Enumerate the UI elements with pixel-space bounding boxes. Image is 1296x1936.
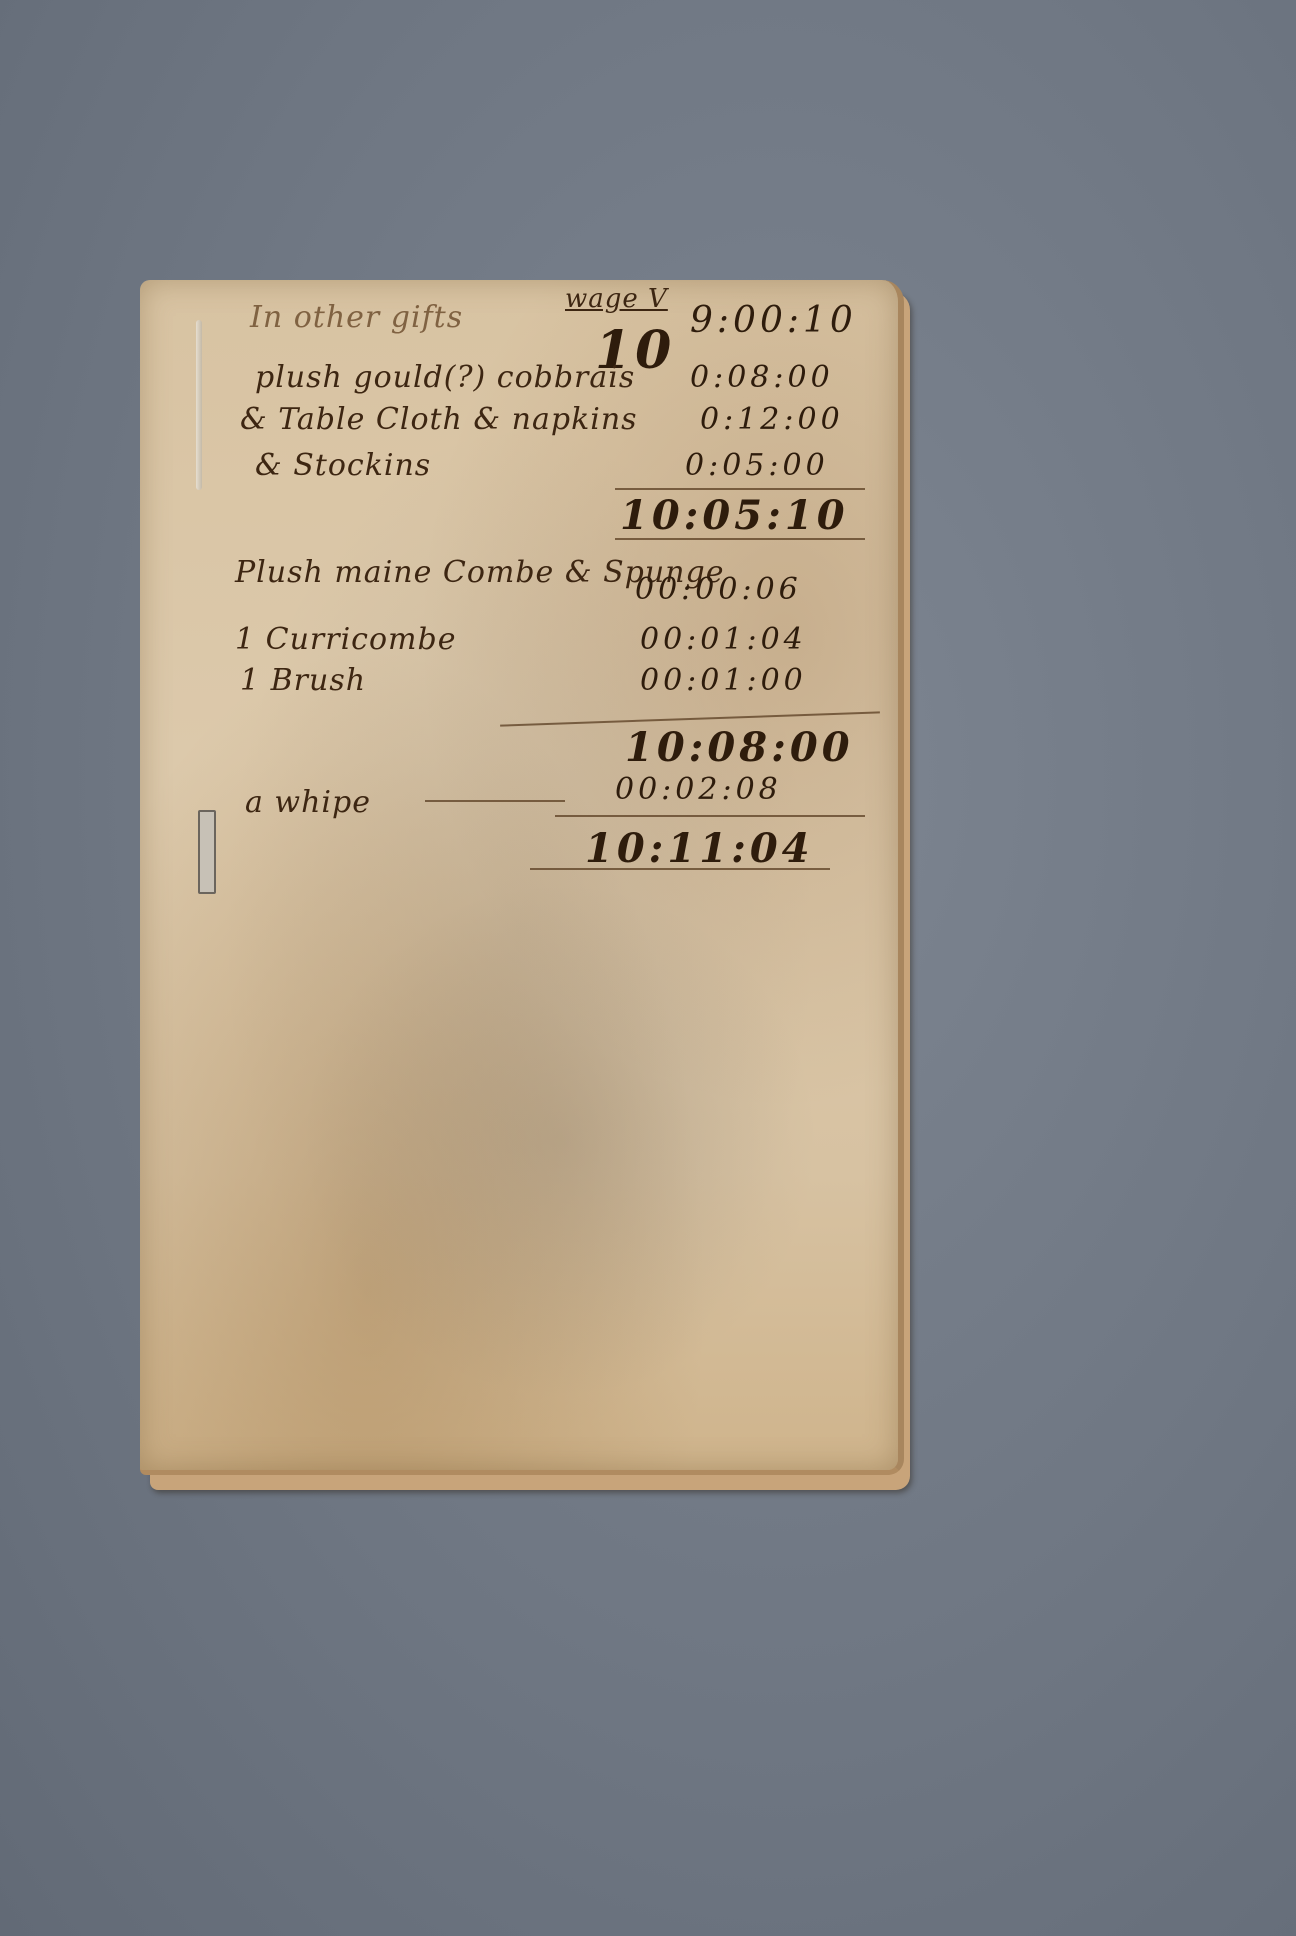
grand-total: 10:11:04 — [585, 825, 814, 872]
entry-item: plush gould(?) cobbrais — [255, 360, 635, 395]
entry-item: 1 Curricombe — [235, 622, 456, 657]
entry-item: & Stockins — [255, 448, 431, 483]
entry-amount: 0:05:00 — [685, 448, 829, 483]
sum-rule — [530, 868, 830, 870]
entry-amount: 00:01:00 — [640, 663, 807, 698]
heading-annotation: wage V — [565, 284, 668, 314]
entry-amount: 00:02:08 — [615, 772, 782, 807]
dash-rule — [425, 800, 565, 802]
binding-tab — [198, 810, 216, 894]
entry-amount: 00:01:04 — [640, 622, 807, 657]
entry-amount: 00:00:06 — [635, 572, 802, 607]
carried-total: 9:00:10 — [690, 300, 857, 341]
subtotal: 10:05:10 — [620, 492, 849, 539]
entry-amount: 0:12:00 — [700, 402, 844, 437]
sum-rule — [555, 815, 865, 817]
show-through-ink — [300, 880, 820, 1400]
binding-thread — [196, 320, 202, 490]
entry-item: a whipe — [245, 785, 371, 820]
entry-item: 1 Brush — [240, 663, 366, 698]
sum-rule — [615, 488, 865, 490]
entry-item: & Table Cloth & napkins — [240, 402, 638, 437]
subtotal: 10:08:00 — [625, 724, 854, 771]
entry-amount: 0:08:00 — [690, 360, 834, 395]
sum-rule — [615, 538, 865, 540]
heading-text: In other gifts — [250, 300, 463, 335]
